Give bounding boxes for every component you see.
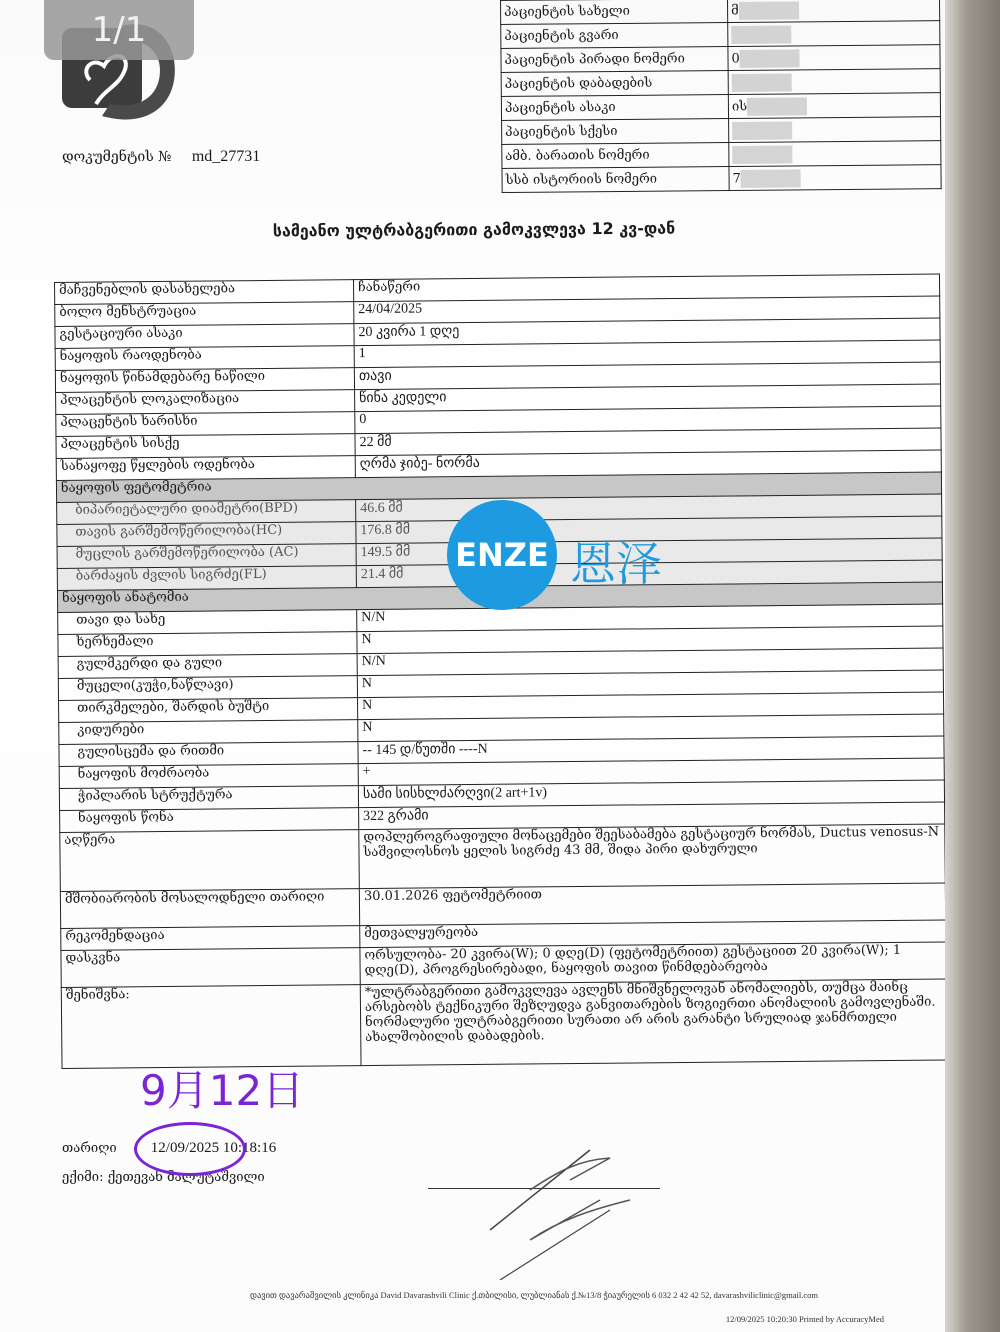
patient-field-label: პაციენტის სახელი	[501, 0, 728, 24]
redacted-value: ის	[732, 99, 747, 114]
patient-field-value: 0	[728, 45, 940, 71]
redacted-value: 7	[733, 171, 741, 186]
row-label: რეკომენდაცია	[61, 926, 360, 951]
patient-field-value: ის	[728, 93, 940, 119]
column-header-indicator: მაჩვენებლის დასახელება	[55, 280, 354, 305]
redaction-block	[740, 49, 800, 68]
row-value: დოპლეროგრაფიული მონაცემები შეესაბამება გ…	[359, 824, 946, 889]
doc-number-label: დოკუმენტის №	[62, 149, 171, 165]
row-label: პლაცენტის ხარისხი	[56, 412, 355, 437]
row-label: პლაცენტის ლოკალიზაცია	[56, 390, 355, 415]
patient-field-value	[728, 21, 940, 47]
redaction-block	[732, 73, 792, 92]
patient-field-value: 7	[729, 165, 941, 191]
redaction-block	[747, 97, 807, 116]
patient-field-label: პაციენტის ასაკი	[501, 95, 728, 121]
date-label: თარიღი	[62, 1141, 117, 1156]
row-label: თირკმელები, შარდის ბუშტი	[59, 698, 358, 723]
ultrasound-results-table: მაჩვენებლის დასახელება ჩანაწერი ბოლო მენ…	[54, 273, 948, 1068]
row-label: ჭიპლარის სტრუქტურა	[59, 786, 358, 811]
row-label: გულისცემა და რითმი	[59, 742, 358, 767]
row-label: აღწერა	[60, 830, 360, 892]
patient-field-value: მ	[727, 0, 939, 23]
patient-field-value	[729, 117, 941, 143]
page-indicator: 1/1	[44, 0, 194, 60]
row-value: ორსულობა- 20 კვირა(W); 0 დღე(D) (ფეტომეტ…	[360, 942, 946, 985]
row-label: მუცელი(კუჭი,ნაწლავი)	[58, 676, 357, 701]
row-label: ბარძაყის ძვლის სიგრძე(FL)	[57, 566, 356, 591]
document-number: დოკუმენტის № md_27731	[62, 148, 260, 166]
enze-watermark-chinese: 恩泽	[570, 528, 662, 594]
clinic-address-footer: დავით დავარაშვილის კლინიკა David Davaras…	[250, 1290, 818, 1301]
row-value: *ულტრაბგერითი გამოკვლევა ავლენს მნიშვნელ…	[360, 979, 947, 1066]
signature-icon	[470, 1130, 690, 1280]
redaction-block	[732, 121, 792, 140]
enze-watermark-logo: ENZE	[447, 500, 557, 610]
row-label: ნაყოფის წონა	[60, 808, 359, 833]
row-label: გესტაციური ასაკი	[55, 324, 354, 349]
row-label: ბიპარიეტალური დიამეტრი(BPD)	[57, 500, 356, 525]
row-label: ხერხემალი	[58, 632, 357, 657]
printed-by: 12/09/2025 10:20:30 Printed by AccuracyM…	[726, 1314, 884, 1324]
row-label: თავის გარშემოწერილობა(HC)	[57, 522, 356, 547]
note-row: შენიშვნა: *ულტრაბგერითი გამოკვლევა ავლენ…	[61, 979, 947, 1068]
report-title: სამეანო ულტრაბგერითი გამოკვლევა 12 კვ-და…	[0, 217, 948, 243]
description-row: აღწერა დოპლეროგრაფიული მონაცემები შეესაბ…	[60, 824, 946, 891]
patient-row: სსბ ისტორიის ნომერი7	[502, 165, 941, 193]
row-label: პლაცენტის სისქე	[56, 434, 355, 459]
patient-field-label: პაციენტის დაბადების	[501, 71, 728, 97]
row-label: ნაყოფის მოძრაობა	[59, 764, 358, 789]
redacted-value: 0	[731, 51, 739, 66]
row-label: გულმკერდი და გული	[58, 654, 357, 679]
patient-field-label: პაციენტის პირადი ნომერი	[501, 47, 728, 73]
row-label: თავი და სახე	[58, 610, 357, 635]
row-label: ნაყოფის წინამდებარე ნაწილი	[55, 368, 354, 393]
redaction-block	[732, 145, 792, 164]
row-label: კიდურები	[59, 720, 358, 745]
row-label: ბოლო მენსტრუაცია	[55, 302, 354, 327]
row-label: სანაყოფე წყლების ოდენობა	[56, 456, 355, 481]
row-label: ნაყოფის რაოდენობა	[55, 346, 354, 371]
row-label: მშობიარობის მოსალოდნელი თარიღი	[60, 889, 359, 929]
row-label: მუცლის გარშემოწერილობა (AC)	[57, 544, 356, 569]
patient-field-value	[728, 69, 940, 95]
document-page: 1/1 დოკუმენტის № md_27731 პაციენტის სახე…	[0, 0, 948, 1332]
redaction-block	[731, 25, 791, 44]
row-label: შენიშვნა:	[61, 985, 361, 1069]
date-highlight-circle	[134, 1122, 246, 1176]
patient-field-label: პაციენტის სქესი	[502, 119, 729, 145]
redacted-value: მ	[731, 3, 739, 18]
row-label: დასკვნა	[61, 948, 360, 988]
patient-field-value	[729, 141, 941, 167]
patient-field-label: ამბ. ბარათის ნომერი	[502, 143, 729, 169]
patient-field-label: პაციენტის გვარი	[501, 23, 728, 49]
patient-info-table: პაციენტის სახელიმპაციენტის გვარიპაციენტი…	[500, 0, 942, 193]
redaction-block	[741, 169, 801, 188]
handwritten-date-annotation: 9月12日	[140, 1058, 304, 1118]
background-edge	[945, 0, 1000, 1332]
row-value: 30.01.2026 ფეტომეტრიით	[359, 883, 945, 926]
doc-number-value: md_27731	[192, 148, 260, 165]
redaction-block	[739, 1, 799, 20]
patient-field-label: სსბ ისტორიის ნომერი	[502, 167, 729, 193]
